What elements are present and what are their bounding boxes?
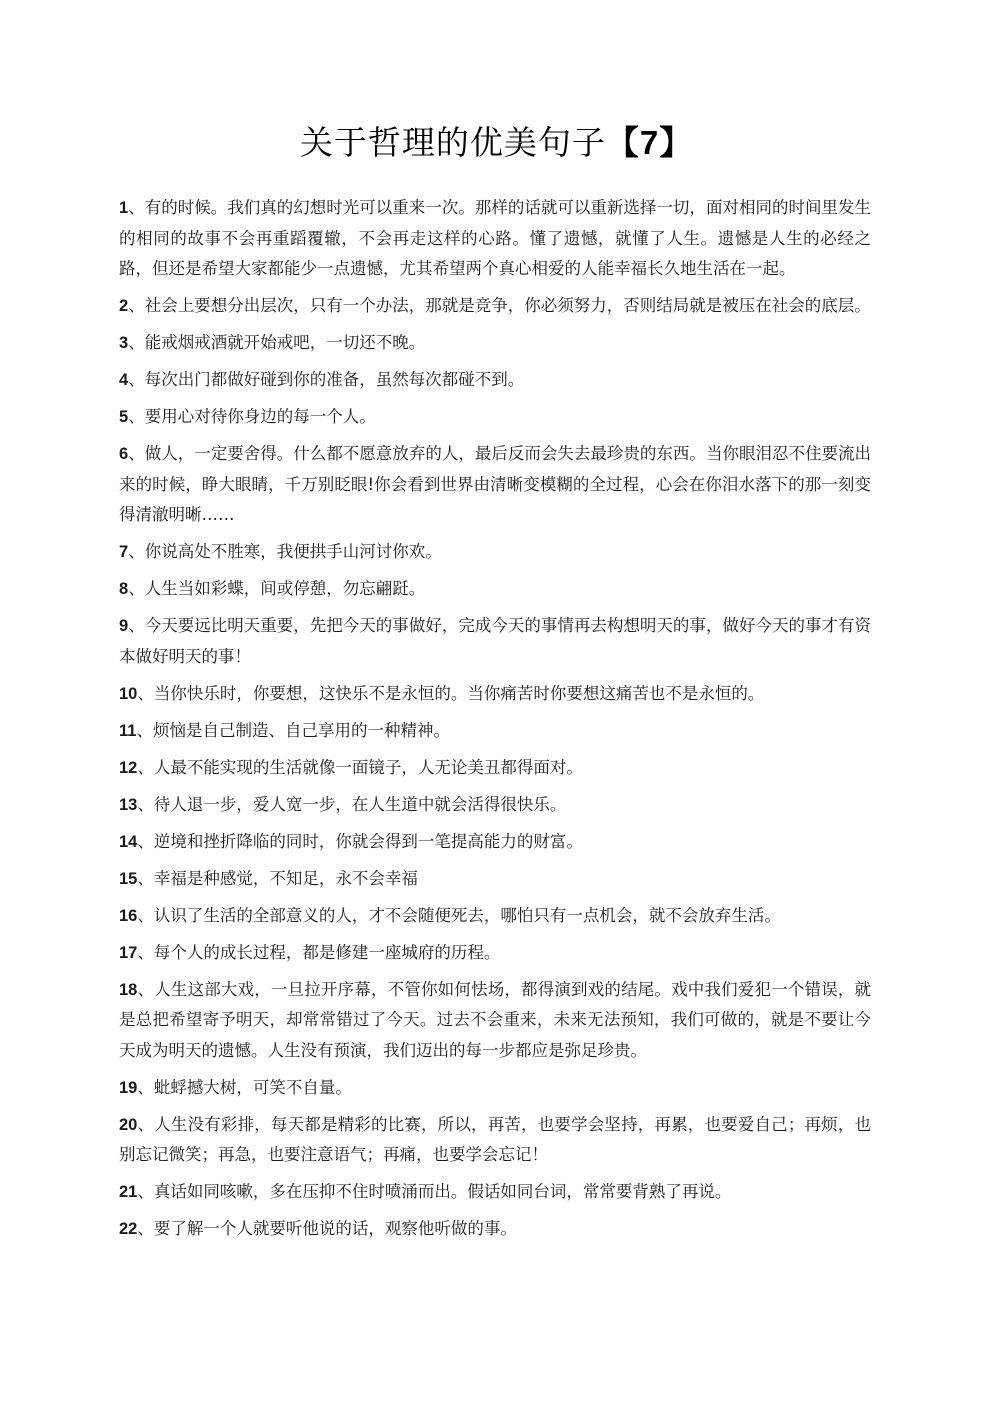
title-text: 关于哲理的优美句子: [300, 123, 606, 162]
quote-item: 3、能戒烟戒酒就开始戒吧，一切还不晚。: [119, 328, 871, 359]
quote-item: 13、待人退一步，爱人宽一步，在人生道中就会活得很快乐。: [119, 790, 871, 821]
quote-item: 16、认识了生活的全部意义的人，才不会随便死去，哪怕只有一点机会，就不会放弃生活…: [119, 901, 871, 932]
separator: 、: [128, 579, 145, 598]
quote-number: 22: [119, 1220, 137, 1238]
quote-item: 5、要用心对待你身边的每一个人。: [119, 402, 871, 433]
quote-number: 15: [119, 870, 137, 888]
quote-item: 14、逆境和挫折降临的同时，你就会得到一笔提高能力的财富。: [119, 827, 871, 858]
quote-number: 18: [119, 981, 137, 999]
quote-text: 当你快乐时，你要想，这快乐不是永恒的。当你痛苦时你要想这痛苦也不是永恒的。: [154, 684, 765, 703]
quote-item: 15、幸福是种感觉，不知足，永不会幸福: [119, 864, 871, 895]
quote-number: 6: [119, 445, 128, 463]
title-number: 【7】: [606, 124, 693, 161]
quote-number: 19: [119, 1079, 137, 1097]
quote-text: 人生这部大戏，一旦拉开序幕，不管你如何怯场，都得演到戏的结尾。戏中我们爱犯一个错…: [119, 980, 871, 1060]
separator: 、: [137, 869, 154, 888]
quote-item: 4、每次出门都做好碰到你的准备，虽然每次都碰不到。: [119, 365, 871, 396]
quote-item: 6、做人，一定要舍得。什么都不愿意放弃的人，最后反而会失去最珍贵的东西。当你眼泪…: [119, 439, 871, 531]
separator: 、: [137, 684, 154, 703]
separator: 、: [128, 333, 145, 352]
quote-number: 2: [119, 297, 128, 315]
quote-number: 3: [119, 334, 128, 352]
quote-item: 20、人生没有彩排，每天都是精彩的比赛，所以，再苦，也要学会坚持，再累，也要爱自…: [119, 1110, 871, 1171]
separator: 、: [137, 758, 154, 777]
separator: 、: [136, 721, 153, 740]
quote-item: 8、人生当如彩蝶，间或停憩，勿忘翩跹。: [119, 574, 871, 605]
separator: 、: [137, 943, 154, 962]
quote-text: 社会上要想分出层次，只有一个办法，那就是竞争，你必须努力，否则结局就是被压在社会…: [145, 296, 871, 315]
quote-number: 9: [119, 617, 128, 635]
separator: 、: [137, 795, 154, 814]
quote-text: 认识了生活的全部意义的人，才不会随便死去，哪怕只有一点机会，就不会放弃生活。: [154, 906, 781, 925]
quote-text: 待人退一步，爱人宽一步，在人生道中就会活得很快乐。: [154, 795, 567, 814]
separator: 、: [137, 906, 154, 925]
quote-text: 今天要远比明天重要，先把今天的事做好，完成今天的事情再去构想明天的事，做好今天的…: [119, 616, 871, 666]
separator: 、: [137, 1182, 154, 1201]
quote-number: 17: [119, 944, 137, 962]
quote-item: 2、社会上要想分出层次，只有一个办法，那就是竞争，你必须努力，否则结局就是被压在…: [119, 291, 871, 322]
quote-text: 人最不能实现的生活就像一面镜子，人无论美丑都得面对。: [154, 758, 583, 777]
quote-text: 你说高处不胜寒，我便拱手山河讨你欢。: [145, 542, 442, 561]
separator: 、: [137, 1078, 154, 1097]
separator: 、: [128, 370, 145, 389]
quote-item: 1、有的时候。我们真的幻想时光可以重来一次。那样的话就可以重新选择一切，面对相同…: [119, 193, 871, 285]
quote-text: 逆境和挫折降临的同时，你就会得到一笔提高能力的财富。: [154, 832, 583, 851]
quote-item: 21、真话如同咳嗽，多在压抑不住时喷涌而出。假话如同台词，常常要背熟了再说。: [119, 1177, 871, 1208]
quote-item: 22、要了解一个人就要听他说的话，观察他听做的事。: [119, 1214, 871, 1245]
quote-text: 每个人的成长过程，都是修建一座城府的历程。: [154, 943, 501, 962]
separator: 、: [128, 296, 145, 315]
separator: 、: [128, 407, 145, 426]
quote-text: 做人，一定要舍得。什么都不愿意放弃的人，最后反而会失去最珍贵的东西。当你眼泪忍不…: [119, 444, 871, 524]
separator: 、: [137, 980, 154, 999]
quote-number: 14: [119, 833, 137, 851]
separator: 、: [128, 198, 145, 217]
separator: 、: [137, 1219, 154, 1238]
quote-item: 18、人生这部大戏，一旦拉开序幕，不管你如何怯场，都得演到戏的结尾。戏中我们爱犯…: [119, 975, 871, 1067]
quote-number: 11: [119, 722, 136, 740]
quote-text: 人生当如彩蝶，间或停憩，勿忘翩跹。: [145, 579, 426, 598]
document-title: 关于哲理的优美句子【7】: [0, 118, 993, 168]
quote-number: 13: [119, 796, 137, 814]
quote-text: 每次出门都做好碰到你的准备，虽然每次都碰不到。: [145, 370, 525, 389]
separator: 、: [128, 542, 145, 561]
quote-text: 幸福是种感觉，不知足，永不会幸福: [154, 869, 418, 888]
quote-text: 真话如同咳嗽，多在压抑不住时喷涌而出。假话如同台词，常常要背熟了再说。: [154, 1182, 732, 1201]
quote-item: 9、今天要远比明天重要，先把今天的事做好，完成今天的事情再去构想明天的事，做好今…: [119, 611, 871, 672]
separator: 、: [137, 1115, 154, 1134]
quote-text: 要用心对待你身边的每一个人。: [145, 407, 376, 426]
quote-item: 10、当你快乐时，你要想，这快乐不是永恒的。当你痛苦时你要想这痛苦也不是永恒的。: [119, 679, 871, 710]
separator: 、: [128, 616, 145, 635]
quote-number: 4: [119, 371, 128, 389]
quote-number: 20: [119, 1116, 137, 1134]
quote-number: 10: [119, 685, 137, 703]
document-page: 关于哲理的优美句子【7】 1、有的时候。我们真的幻想时光可以重来一次。那样的话就…: [0, 0, 993, 1404]
quote-item: 12、人最不能实现的生活就像一面镜子，人无论美丑都得面对。: [119, 753, 871, 784]
quote-number: 7: [119, 543, 128, 561]
quote-text: 能戒烟戒酒就开始戒吧，一切还不晚。: [145, 333, 426, 352]
quote-text: 人生没有彩排，每天都是精彩的比赛，所以，再苦，也要学会坚持，再累，也要爱自己；再…: [119, 1115, 871, 1165]
quote-number: 5: [119, 408, 128, 426]
quote-item: 7、你说高处不胜寒，我便拱手山河讨你欢。: [119, 537, 871, 568]
quote-number: 12: [119, 759, 137, 777]
quote-text: 蚍蜉撼大树，可笑不自量。: [154, 1078, 352, 1097]
quote-number: 16: [119, 907, 137, 925]
quote-number: 21: [119, 1183, 137, 1201]
quote-item: 17、每个人的成长过程，都是修建一座城府的历程。: [119, 938, 871, 969]
quote-text: 要了解一个人就要听他说的话，观察他听做的事。: [154, 1219, 517, 1238]
quote-number: 1: [119, 199, 128, 217]
quote-list: 1、有的时候。我们真的幻想时光可以重来一次。那样的话就可以重新选择一切，面对相同…: [119, 193, 871, 1251]
separator: 、: [137, 832, 154, 851]
quote-text: 有的时候。我们真的幻想时光可以重来一次。那样的话就可以重新选择一切，面对相同的时…: [119, 198, 871, 278]
quote-item: 19、蚍蜉撼大树，可笑不自量。: [119, 1073, 871, 1104]
quote-text: 烦恼是自己制造、自己享用的一种精神。: [153, 721, 450, 740]
separator: 、: [128, 444, 145, 463]
quote-item: 11、烦恼是自己制造、自己享用的一种精神。: [119, 716, 871, 747]
quote-number: 8: [119, 580, 128, 598]
